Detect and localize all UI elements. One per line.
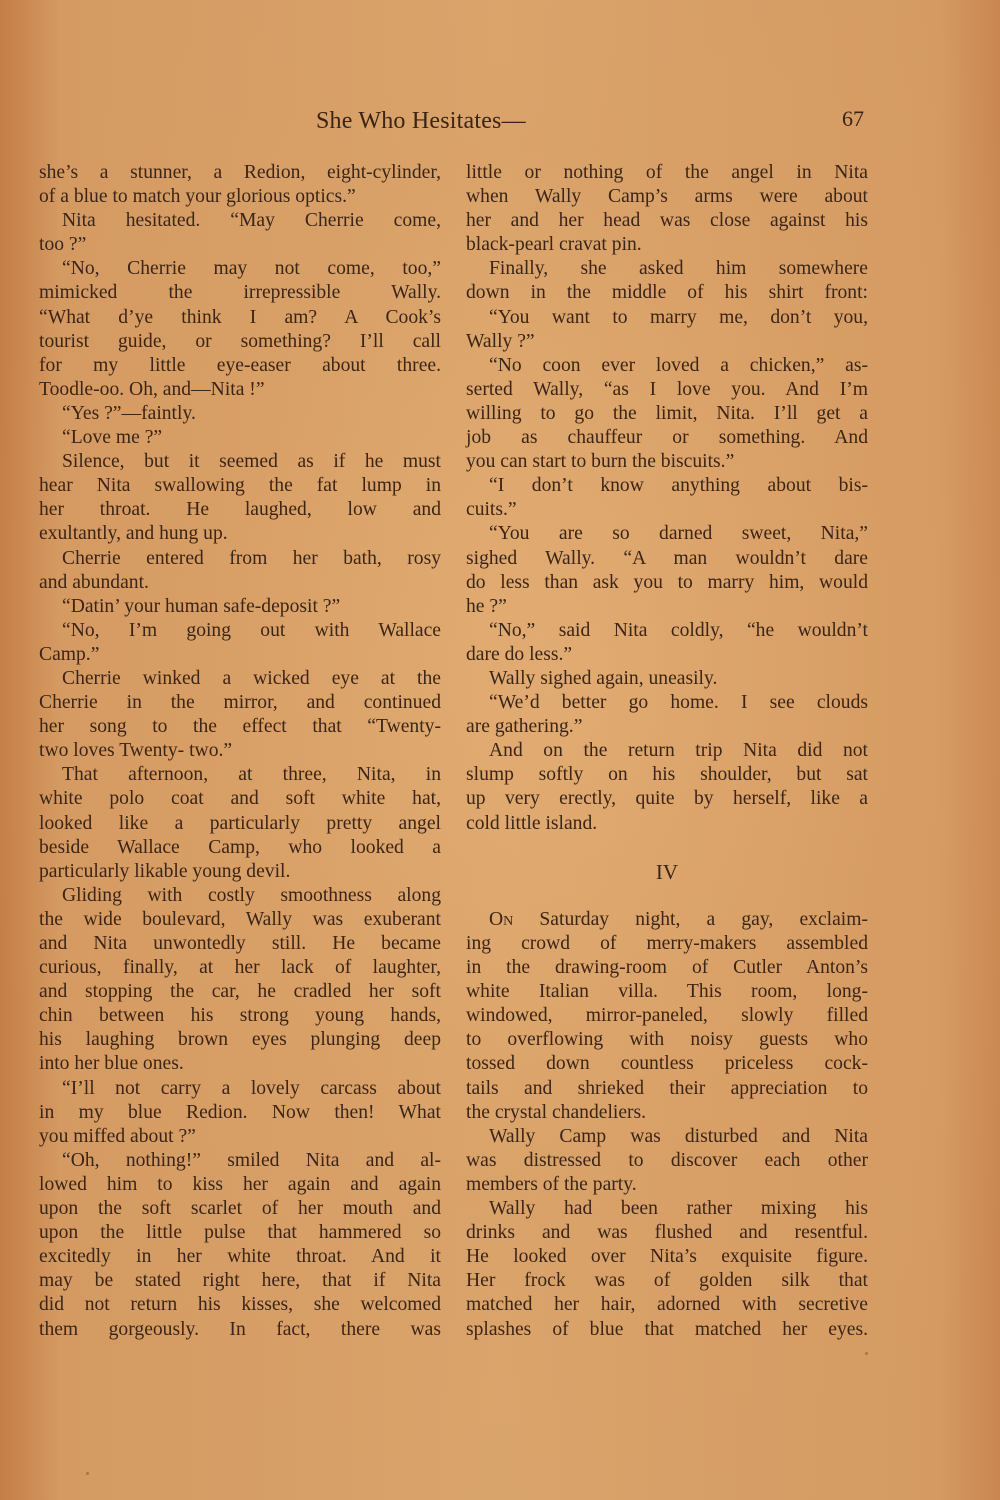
text-line: beside Wallace Camp, who looked a — [39, 836, 441, 860]
text-line: white polo coat and soft white hat, — [39, 787, 441, 811]
text-line: “No coon ever loved a chicken,” as- — [466, 354, 868, 378]
text-line: dare do less.” — [466, 643, 868, 667]
text-line: upon the little pulse that hammered so — [39, 1221, 441, 1245]
section-opening-rest: Saturday night, a gay, exclaim- — [513, 909, 868, 930]
text-line: up very erectly, quite by herself, like … — [466, 787, 868, 811]
text-line: her and her head was close against his — [466, 209, 868, 233]
text-line: of a blue to match your glorious optics.… — [39, 185, 441, 209]
text-line: black-pearl cravat pin. — [466, 233, 868, 257]
text-line: Cherrie in the mirror, and continued — [39, 691, 441, 715]
text-line: do less than ask you to marry him, would — [466, 571, 868, 595]
text-line: excitedly in her white throat. And it — [39, 1245, 441, 1269]
text-line: in my blue Redion. Now then! What — [39, 1101, 441, 1125]
text-line: exultantly, and hung up. — [39, 522, 441, 546]
left-text-column: she’s a stunner, a Redion, eight-cylinde… — [39, 161, 441, 1342]
text-line: And on the return trip Nita did not — [466, 739, 868, 763]
text-line: in the drawing-room of Cutler Anton’s — [466, 956, 868, 980]
text-line: upon the soft scarlet of her mouth and — [39, 1197, 441, 1221]
text-line: “No, I’m going out with Wallace — [39, 619, 441, 643]
text-line: and Nita unwontedly still. He became — [39, 932, 441, 956]
section-heading: IV — [466, 860, 868, 884]
text-line: white Italian villa. This room, long- — [466, 980, 868, 1004]
text-line: “I’ll not carry a lovely carcass about — [39, 1077, 441, 1101]
text-line: tails and shrieked their appreciation to — [466, 1077, 868, 1101]
text-line: down in the middle of his shirt front: — [466, 281, 868, 305]
text-line: Toodle-oo. Oh, and—Nita !” — [39, 378, 441, 402]
text-line: Camp.” — [39, 643, 441, 667]
text-line: cuits.” — [466, 498, 868, 522]
text-line: tossed down countless priceless cock- — [466, 1052, 868, 1076]
text-line: ing crowd of merry-makers assembled — [466, 932, 868, 956]
text-line: and abundant. — [39, 571, 441, 595]
text-line: chin between his strong young hands, — [39, 1004, 441, 1028]
text-line: sighed Wally. “A man wouldn’t dare — [466, 547, 868, 571]
text-line: “We’d better go home. I see clouds — [466, 691, 868, 715]
text-line: his laughing brown eyes plunging deep — [39, 1028, 441, 1052]
text-line: are gathering.” — [466, 715, 868, 739]
text-line: for my little eye-easer about three. — [39, 354, 441, 378]
text-line: Cherrie winked a wicked eye at the — [39, 667, 441, 691]
section-opening-word: On — [489, 909, 513, 930]
text-line: cold little island. — [466, 812, 868, 836]
text-line: “I don’t know anything about bis- — [466, 474, 868, 498]
text-line: she’s a stunner, a Redion, eight-cylinde… — [39, 161, 441, 185]
text-line: Nita hesitated. “May Cherrie come, — [39, 209, 441, 233]
text-line: splashes of blue that matched her eyes. — [466, 1318, 868, 1342]
running-head: She Who Hesitates— 67 — [316, 108, 866, 142]
text-line: her song to the effect that “Twenty- — [39, 715, 441, 739]
text-line: “Datin’ your human safe-deposit ?” — [39, 595, 441, 619]
text-line: when Wally Camp’s arms were about — [466, 185, 868, 209]
right-column-before-section: little or nothing of the angel in Nitawh… — [466, 161, 868, 836]
text-line: was distressed to discover each other — [466, 1149, 868, 1173]
text-line: he ?” — [466, 595, 868, 619]
text-line: curious, finally, at her lack of laughte… — [39, 956, 441, 980]
paper-speck — [86, 1472, 89, 1475]
text-line: drinks and was flushed and resentful. — [466, 1221, 868, 1245]
text-line: “Oh, nothing!” smiled Nita and al- — [39, 1149, 441, 1173]
text-line: the crystal chandeliers. — [466, 1101, 868, 1125]
text-line: too ?” — [39, 233, 441, 257]
text-line: job as chauffeur or something. And — [466, 426, 868, 450]
text-line: tourist guide, or something? I’ll call — [39, 330, 441, 354]
text-line: particularly likable young devil. — [39, 860, 441, 884]
text-line: you miffed about ?” — [39, 1125, 441, 1149]
text-line: Finally, she asked him somewhere — [466, 257, 868, 281]
spacer — [466, 836, 868, 860]
text-line: may be stated right here, that if Nita — [39, 1269, 441, 1293]
text-line: into her blue ones. — [39, 1052, 441, 1076]
text-line: “No,” said Nita coldly, “he wouldn’t — [466, 619, 868, 643]
section-opening-line: On Saturday night, a gay, exclaim- — [466, 908, 868, 932]
text-line: them gorgeously. In fact, there was — [39, 1318, 441, 1342]
text-line: Gliding with costly smoothness along — [39, 884, 441, 908]
text-line: to overflowing with noisy guests who — [466, 1028, 868, 1052]
text-line: Wally Camp was disturbed and Nita — [466, 1125, 868, 1149]
text-line: “No, Cherrie may not come, too,” — [39, 257, 441, 281]
text-line: looked like a particularly pretty angel — [39, 812, 441, 836]
text-line: willing to go the limit, Nita. I’ll get … — [466, 402, 868, 426]
text-line: the wide boulevard, Wally was exuberant — [39, 908, 441, 932]
text-line: did not return his kisses, she welcomed — [39, 1293, 441, 1317]
text-line: Silence, but it seemed as if he must — [39, 450, 441, 474]
text-line: “Love me ?” — [39, 426, 441, 450]
text-line: “You want to marry me, don’t you, — [466, 306, 868, 330]
text-line: two loves Twenty- two.” — [39, 739, 441, 763]
text-line: lowed him to kiss her again and again — [39, 1173, 441, 1197]
text-line: slump softly on his shoulder, but sat — [466, 763, 868, 787]
text-line: windowed, mirror-paneled, slowly filled — [466, 1004, 868, 1028]
text-line: Cherrie entered from her bath, rosy — [39, 547, 441, 571]
text-line: members of the party. — [466, 1173, 868, 1197]
text-line: Wally ?” — [466, 330, 868, 354]
text-line: Wally had been rather mixing his — [466, 1197, 868, 1221]
spacer — [466, 884, 868, 908]
right-column-after-section: ing crowd of merry-makers assembledin th… — [466, 932, 868, 1342]
text-line: little or nothing of the angel in Nita — [466, 161, 868, 185]
text-line: and stopping the car, he cradled her sof… — [39, 980, 441, 1004]
text-line: her throat. He laughed, low and — [39, 498, 441, 522]
page-number: 67 — [842, 106, 864, 132]
text-line: He looked over Nita’s exquisite figure. — [466, 1245, 868, 1269]
book-page: She Who Hesitates— 67 she’s a stunner, a… — [0, 0, 1000, 1500]
text-line: hear Nita swallowing the fat lump in — [39, 474, 441, 498]
text-line: matched her hair, adorned with secretive — [466, 1293, 868, 1317]
text-line: “Yes ?”—faintly. — [39, 402, 441, 426]
text-line: Her frock was of golden silk that — [466, 1269, 868, 1293]
text-line: serted Wally, “as I love you. And I’m — [466, 378, 868, 402]
running-title: She Who Hesitates— — [316, 108, 526, 135]
text-line: mimicked the irrepressible Wally. — [39, 281, 441, 305]
text-line: Wally sighed again, uneasily. — [466, 667, 868, 691]
text-line: you can start to burn the biscuits.” — [466, 450, 868, 474]
right-text-column: little or nothing of the angel in Nitawh… — [466, 161, 868, 1342]
text-line: “You are so darned sweet, Nita,” — [466, 522, 868, 546]
text-line: That afternoon, at three, Nita, in — [39, 763, 441, 787]
text-line: “What d’ye think I am? A Cook’s — [39, 306, 441, 330]
paper-speck — [865, 1352, 868, 1355]
